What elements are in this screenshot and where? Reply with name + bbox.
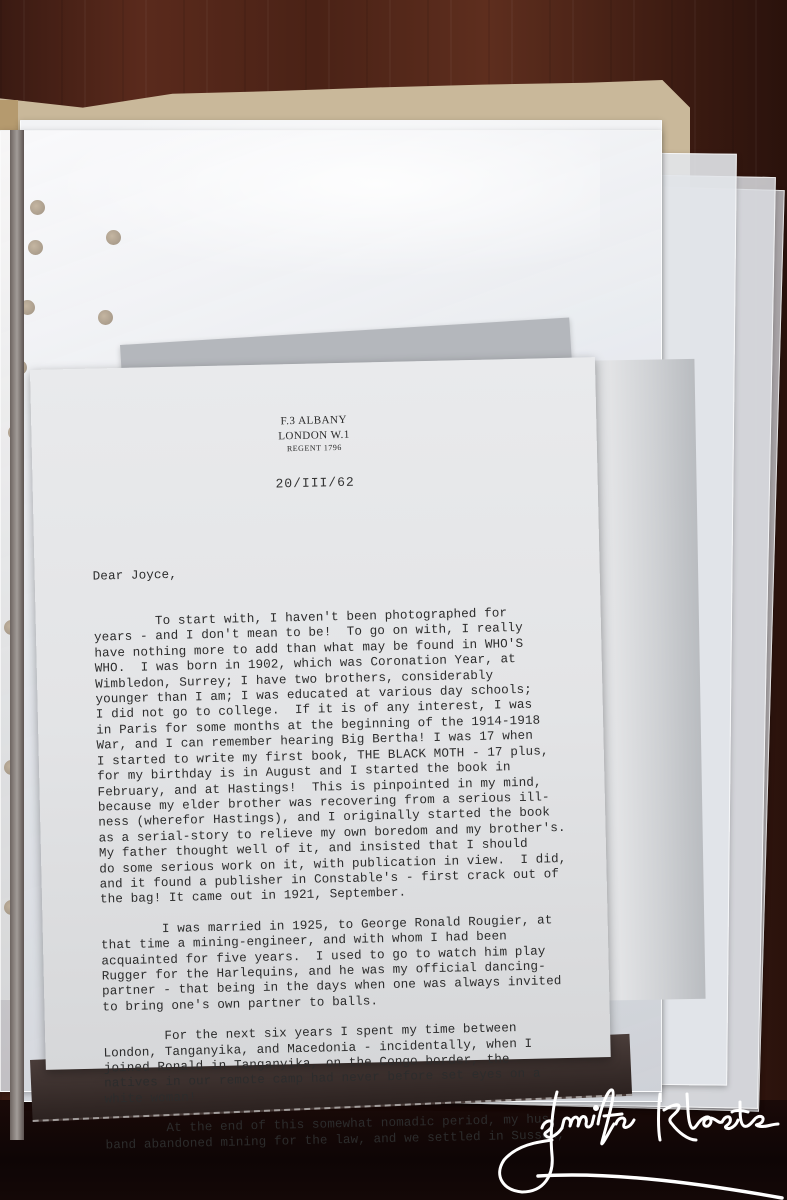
letter-date: 20/III/62 bbox=[33, 469, 598, 497]
typed-letter: F.3 ALBANY LONDON W.1 REGENT 1796 20/III… bbox=[30, 357, 611, 1070]
salutation: Dear Joyce, bbox=[93, 558, 593, 585]
sleeve-binding-strip bbox=[10, 130, 24, 1140]
letterhead: F.3 ALBANY LONDON W.1 REGENT 1796 bbox=[31, 407, 597, 459]
punch-hole bbox=[106, 230, 121, 245]
punch-hole bbox=[98, 310, 113, 325]
punch-hole bbox=[30, 200, 45, 215]
punch-hole bbox=[28, 240, 43, 255]
light-glare bbox=[40, 120, 600, 280]
letter-body: Dear Joyce, To start with, I haven't bee… bbox=[92, 527, 606, 1153]
letter-paragraph: I was married in 1925, to George Ronald … bbox=[101, 912, 603, 1016]
letter-paragraph: To start with, I haven't been photograph… bbox=[94, 604, 601, 908]
signature bbox=[482, 1080, 787, 1200]
